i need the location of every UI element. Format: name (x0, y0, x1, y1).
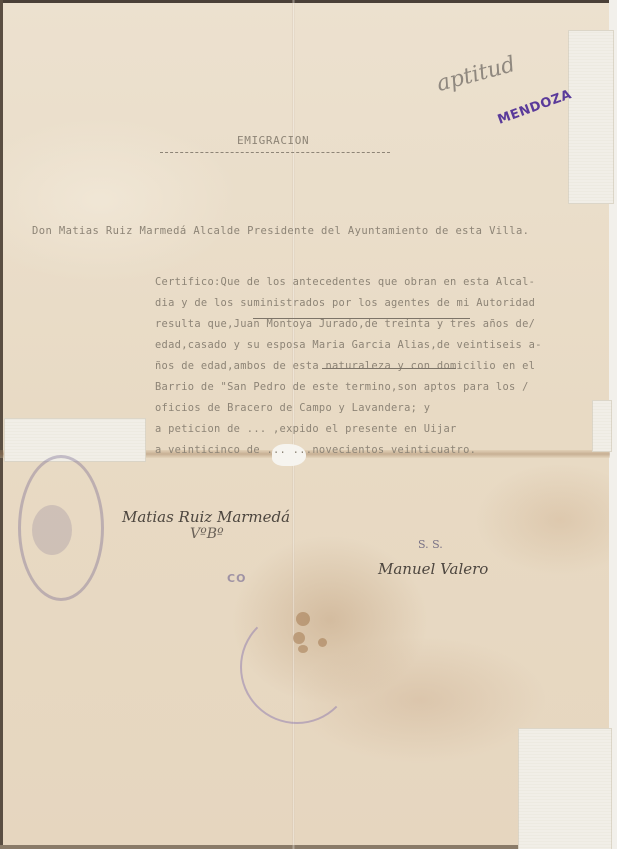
certificate-body: Certifico:Que de los antecedentes que ob… (155, 272, 600, 461)
body-line: edad,casado y su esposa Maria Garcia Ali… (155, 335, 600, 356)
stain-spot (296, 612, 310, 626)
document-title: EMIGRACION (237, 134, 309, 147)
title-dashed-rule (160, 152, 390, 153)
body-line: a veinticinco de ... ...novecientos vein… (155, 440, 600, 461)
secretary-signature: Manuel Valero (378, 560, 488, 578)
mayor-rubric: VºBº (190, 526, 224, 542)
body-line: Certifico:Que de los antecedentes que ob… (155, 272, 600, 293)
body-line: a peticion de ... ,expido el presente en… (155, 419, 600, 440)
scan-edge-left (0, 0, 3, 849)
mendoza-stamp: MENDOZA (496, 87, 574, 128)
body-line: dia y de los suministrados por los agent… (155, 293, 600, 314)
mayor-signature: Matias Ruiz Marmedá (122, 508, 290, 526)
handwritten-margin-note: aptitud (434, 52, 518, 97)
body-line: ños de edad,ambos de esta naturaleza y c… (155, 356, 600, 377)
seal-coat-of-arms-icon (32, 505, 72, 555)
underline-name-wife (322, 368, 456, 369)
underline-name-husband (253, 318, 470, 319)
tape-strip-middle-left (4, 418, 146, 462)
partial-stamp-text: CO (227, 572, 246, 585)
scan-edge-top (0, 0, 617, 3)
document-page: aptitud MENDOZA EMIGRACION Don Matias Ru… (0, 0, 617, 849)
stain-spot (298, 645, 308, 653)
stain-spot (293, 632, 305, 644)
body-line: oficios de Bracero de Campo y Lavandera;… (155, 398, 600, 419)
stain-spot (318, 638, 327, 647)
tape-strip-top-right (568, 30, 614, 204)
round-seal-bottom (240, 610, 354, 724)
mayor-header-line: Don Matias Ruiz Marmedá Alcalde Presiden… (32, 225, 529, 237)
secretary-label: S. S. (418, 538, 443, 551)
body-line: Barrio de "San Pedro de este termino,son… (155, 377, 600, 398)
tape-strip-bottom-right (518, 728, 612, 849)
